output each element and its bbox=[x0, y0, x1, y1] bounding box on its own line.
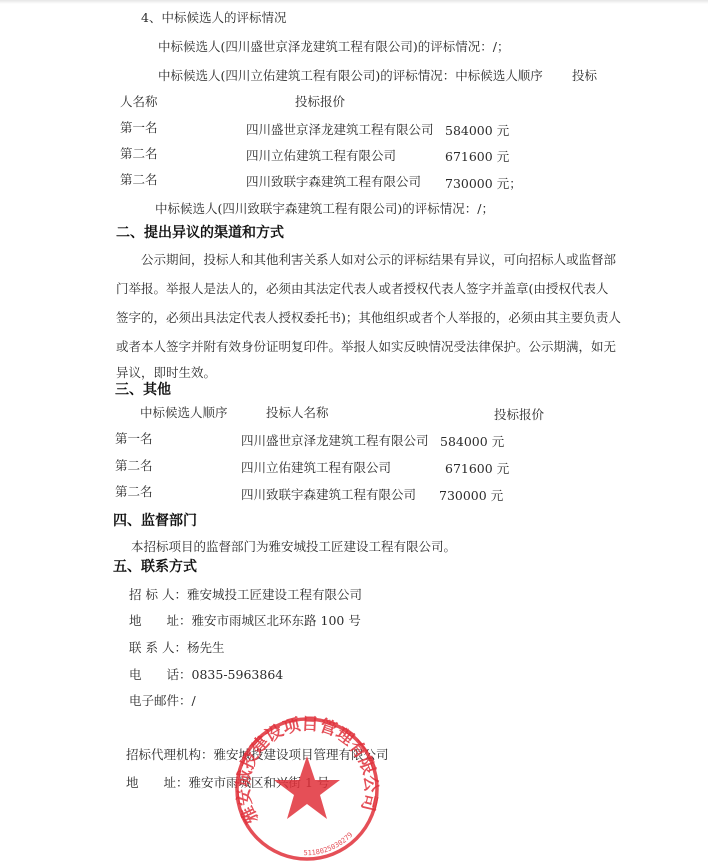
contact-label: 地 址： bbox=[129, 613, 192, 628]
contact-item-person: 联 系 人：杨先生 bbox=[129, 638, 224, 656]
table-header-name: 人名称 bbox=[120, 92, 158, 110]
section-4-heading: 4、中标候选人的评标情况 bbox=[141, 8, 286, 26]
price-cell: 584000 元 bbox=[445, 121, 509, 139]
header-name: 投标人名称 bbox=[266, 403, 329, 421]
contact-item-tenderer: 招 标 人：雅安城投工匠建设工程有限公司 bbox=[129, 585, 362, 603]
agency-address-label: 地 址： bbox=[126, 775, 189, 790]
rank-cell: 第二名 bbox=[115, 456, 153, 474]
contact-value: 雅安市雨城区北环东路 100 号 bbox=[192, 613, 361, 628]
supervision-text: 本招标项目的监督部门为雅安城投工匠建设工程有限公司。 bbox=[131, 537, 456, 555]
bidder-name-cell: 四川盛世京泽龙建筑工程有限公司 bbox=[246, 120, 434, 138]
contact-value: 雅安城投工匠建设工程有限公司 bbox=[187, 587, 362, 602]
paragraph-line: 门举报。举报人是法人的，必须由其法定代表人或者授权代表人签字并盖章(由授权代表人 bbox=[116, 279, 608, 297]
seal-star-icon: 雅安城投建设项目管理有限公司 5118025030279 bbox=[232, 714, 382, 863]
evaluation-line-1: 中标候选人(四川盛世京泽龙建筑工程有限公司)的评标情况：/； bbox=[158, 37, 509, 55]
bidder-name-cell: 四川致联宇森建筑工程有限公司 bbox=[246, 172, 421, 190]
rank-cell: 第二名 bbox=[115, 482, 153, 500]
contact-label: 电子邮件： bbox=[129, 693, 192, 708]
svg-text:5118025030279: 5118025030279 bbox=[303, 831, 354, 857]
price-cell: 671600 元 bbox=[445, 459, 509, 477]
agency-label: 招标代理机构： bbox=[126, 747, 214, 762]
contact-value: 杨先生 bbox=[187, 640, 225, 655]
contact-item-email: 电子邮件：/ bbox=[129, 691, 196, 709]
rank-cell: 第一名 bbox=[120, 118, 158, 136]
contact-value: 0835-5963864 bbox=[192, 667, 284, 682]
contact-label: 电 话： bbox=[129, 667, 192, 682]
contact-label: 招 标 人： bbox=[129, 587, 187, 602]
page-top-edge bbox=[0, 0, 708, 4]
supervision-heading: 四、监督部门 bbox=[113, 510, 197, 530]
other-heading: 三、其他 bbox=[115, 379, 171, 399]
contact-heading: 五、联系方式 bbox=[113, 556, 197, 576]
rank-cell: 第二名 bbox=[120, 144, 158, 162]
price-cell: 730000 元 bbox=[439, 486, 503, 504]
evaluation-line-2-tail: 投标 bbox=[572, 66, 597, 84]
price-cell: 671600 元 bbox=[445, 147, 509, 165]
evaluation-line-3: 中标候选人(四川致联宇森建筑工程有限公司)的评标情况：/； bbox=[155, 199, 494, 217]
objection-heading: 二、提出异议的渠道和方式 bbox=[116, 222, 284, 242]
company-seal-stamp: 雅安城投建设项目管理有限公司 5118025030279 bbox=[232, 714, 382, 863]
header-rank: 中标候选人顺序 bbox=[140, 403, 228, 421]
contact-label: 联 系 人： bbox=[129, 640, 187, 655]
bidder-name-cell: 四川盛世京泽龙建筑工程有限公司 bbox=[241, 431, 429, 449]
paragraph-line: 公示期间，投标人和其他利害关系人如对公示的评标结果有异议，可向招标人或监督部 bbox=[141, 250, 616, 268]
contact-value: / bbox=[192, 693, 196, 708]
evaluation-line-2: 中标候选人(四川立佑建筑工程有限公司)的评标情况：中标候选人顺序 bbox=[158, 66, 543, 84]
rank-cell: 第一名 bbox=[115, 429, 153, 447]
price-cell: 730000 元； bbox=[445, 174, 522, 192]
header-price: 投标报价 bbox=[494, 405, 544, 423]
rank-cell: 第二名 bbox=[120, 170, 158, 188]
bidder-name-cell: 四川立佑建筑工程有限公司 bbox=[246, 146, 396, 164]
paragraph-line: 或者本人签字并附有效身份证明复印件。举报人如实反映情况受法律保护。公示期满，如无 bbox=[116, 337, 616, 355]
bidder-name-cell: 四川致联宇森建筑工程有限公司 bbox=[241, 485, 416, 503]
bidder-name-cell: 四川立佑建筑工程有限公司 bbox=[241, 458, 391, 476]
table-header-price: 投标报价 bbox=[295, 92, 345, 110]
contact-item-phone: 电 话：0835-5963864 bbox=[129, 665, 283, 683]
paragraph-line: 签字的，必须出具法定代表人授权委托书)；其他组织或者个人举报的，必须由其主要负责… bbox=[116, 308, 621, 326]
contact-item-address: 地 址：雅安市雨城区北环东路 100 号 bbox=[129, 611, 361, 629]
price-cell: 584000 元 bbox=[440, 432, 504, 450]
